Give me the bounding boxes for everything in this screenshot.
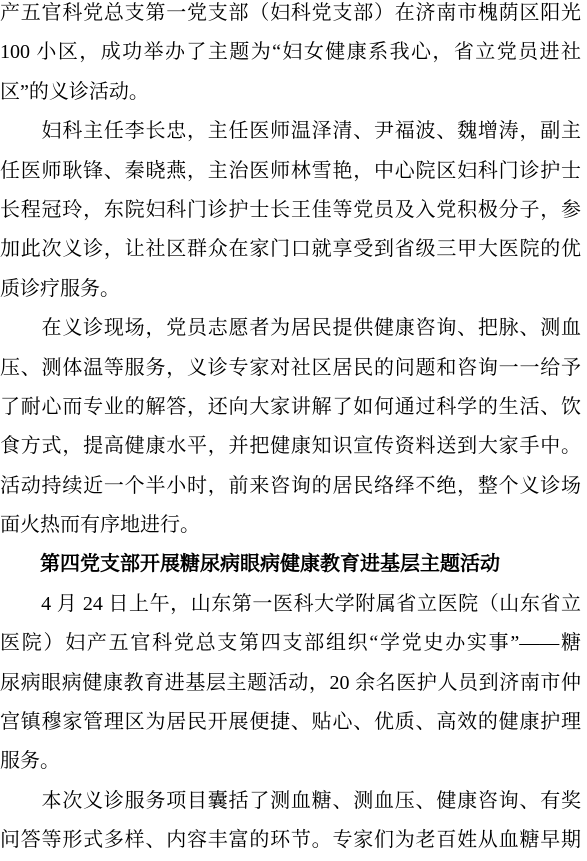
document-page: 产五官科党总支第一党支部（妇科党支部）在济南市槐荫区阳光 100 小区，成功举办…	[0, 0, 581, 861]
section-heading: 第四党支部开展糖尿病眼病健康教育进基层主题活动	[0, 545, 581, 584]
text-line: 长程冠玲，东院妇科门诊护士长王佳等党员及入党积极分子，参	[0, 191, 581, 230]
text-line: 了耐心而专业的解答，还向大家讲解了如何通过科学的生活、饮	[0, 388, 581, 427]
text-line: 宫镇穆家管理区为居民开展便捷、贴心、优质、高效的健康护理	[0, 703, 581, 742]
text-line: 任医师耿锋、秦晓燕，主治医师林雪艳，中心院区妇科门诊护士	[0, 152, 581, 191]
text-line: 产五官科党总支第一党支部（妇科党支部）在济南市槐荫区阳光	[0, 0, 581, 33]
text-line: 压、测体温等服务，义诊专家对社区居民的问题和咨询一一给予	[0, 349, 581, 388]
text-line: 本次义诊服务项目囊括了测血糖、测血压、健康咨询、有奖	[0, 782, 581, 821]
text-line: 妇科主任李长忠，主任医师温泽清、尹福波、魏增涛，副主	[0, 112, 581, 151]
text-line: 面火热而有序地进行。	[0, 506, 581, 545]
text-line: 100 小区，成功举办了主题为“妇女健康系我心，省立党员进社	[0, 33, 581, 72]
text-line: 加此次义诊，让社区群众在家门口就享受到省级三甲大医院的优	[0, 230, 581, 269]
text-line: 区”的义诊活动。	[0, 73, 581, 112]
text-line: 质诊疗服务。	[0, 270, 581, 309]
text-line: 尿病眼病健康教育进基层主题活动，20 余名医护人员到济南市仲	[0, 664, 581, 703]
text-line: 医院）妇产五官科党总支第四支部组织“学党史办实事”——糖	[0, 624, 581, 663]
text-line: 4 月 24 日上午，山东第一医科大学附属省立医院（山东省立	[0, 585, 581, 624]
text-line: 活动持续近一个半小时，前来咨询的居民络绎不绝，整个义诊场	[0, 467, 581, 506]
text-line: 在义诊现场，党员志愿者为居民提供健康咨询、把脉、测血	[0, 309, 581, 348]
text-line: 问答等形式多样、内容丰富的环节。专家们为老百姓从血糖早期	[0, 821, 581, 860]
text-line: 食方式，提高健康水平，并把健康知识宣传资料送到大家手中。	[0, 427, 581, 466]
text-line: 服务。	[0, 742, 581, 781]
